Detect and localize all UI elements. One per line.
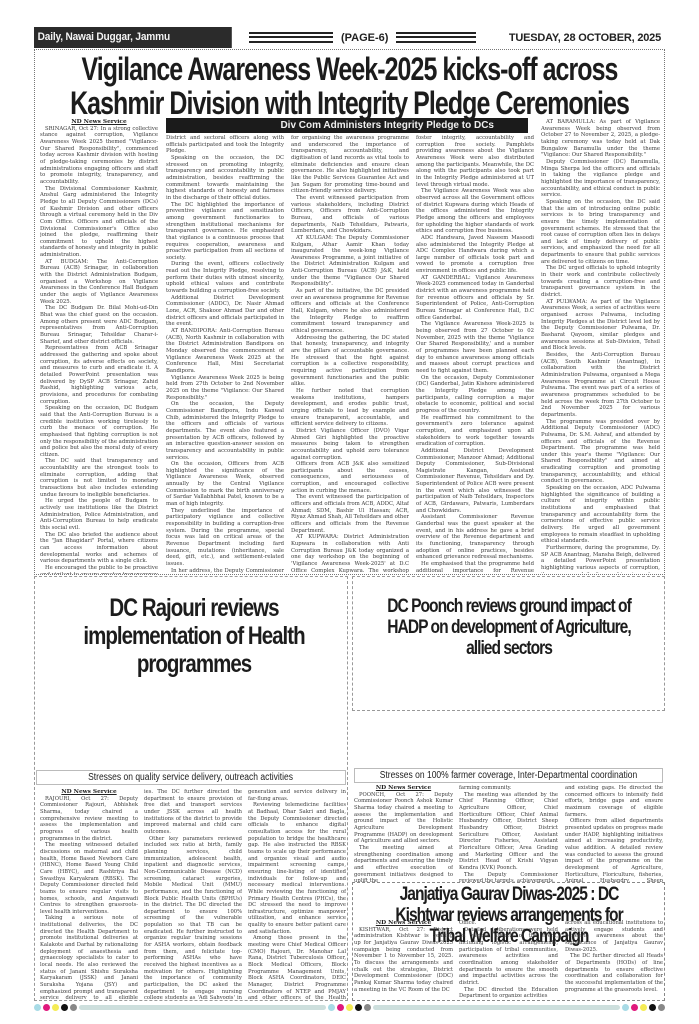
paragraph: The meeting was attended by the Chief Pl… bbox=[459, 792, 558, 872]
paragraph: for organising the awareness programme a… bbox=[291, 135, 409, 195]
paragraph: The Divisional Commissioner Kashmir, Ans… bbox=[40, 186, 158, 259]
registration-bar bbox=[373, 1005, 620, 1010]
paragraph: farming community. bbox=[459, 785, 558, 792]
poonch-column-2: farming community. The meeting was atten… bbox=[459, 785, 558, 882]
yellow-registration-dot bbox=[346, 1004, 353, 1011]
magenta-registration-dot bbox=[337, 1004, 344, 1011]
magenta-registration-dot bbox=[43, 1004, 50, 1011]
paragraph: KISHTWAR, Oct 27: District administratio… bbox=[354, 927, 453, 994]
rajouri-column-3: generation and service delivery in far-f… bbox=[248, 789, 346, 999]
paragraph: ies. The DC further directed the departm… bbox=[144, 789, 242, 836]
paragraph: Addressing the gathering, the DC stated … bbox=[291, 335, 409, 388]
paragraph: AT BUDGAM: The Anti-Corruption Bureau (A… bbox=[40, 259, 158, 306]
paragraph: Vigilance Awareness Week 2025 is being h… bbox=[166, 375, 284, 402]
paragraph: Speaking on the occasion, DC Budgam said… bbox=[40, 405, 158, 458]
gray-registration-dot bbox=[364, 1004, 371, 1011]
paragraph: They underlined the importance of partic… bbox=[166, 508, 284, 568]
paragraph: The programme was presided over by Addit… bbox=[541, 419, 660, 486]
paragraph: Office. bbox=[459, 920, 558, 927]
poonch-headline: DC Poonch reviews ground impact of HADP … bbox=[387, 596, 631, 659]
paragraph: The DC highlighted the importance of pre… bbox=[166, 202, 284, 262]
paragraph: During the event, officers collectively … bbox=[166, 261, 284, 294]
paragraph: Representatives from ACB Srinagar addres… bbox=[40, 345, 158, 405]
paragraph: Additional District Development Commissi… bbox=[416, 448, 534, 515]
print-registration-strip bbox=[34, 1002, 665, 1012]
byline: ND News Service bbox=[354, 785, 453, 792]
masthead-rule bbox=[249, 32, 333, 43]
rajouri-column-2: ies. The DC further directed the departm… bbox=[144, 789, 242, 999]
paragraph: Speaking on the occasion, the DC said th… bbox=[541, 199, 660, 266]
paragraph: Officers from ACB J&K also sensitized pa… bbox=[291, 461, 409, 494]
cyan-registration-dot bbox=[622, 1004, 629, 1011]
black-registration-dot bbox=[355, 1004, 362, 1011]
paragraph: AT BANDIPORA: Anti-Corruption Bureau (AC… bbox=[166, 328, 284, 375]
paragraph: Speaking on the occasion, ADC Pulwama hi… bbox=[541, 485, 660, 545]
paragraph: Speaking on the occasion, the DC stresse… bbox=[166, 155, 284, 202]
lead-column-2: District and sectoral officers along wit… bbox=[166, 135, 284, 573]
page-number: (PAGE-6) bbox=[333, 32, 396, 44]
kishtwar-column-1: ND News Service KISHTWAR, Oct 27: Distri… bbox=[354, 920, 453, 1000]
paragraph: On the occasion, Officers from ACB highl… bbox=[166, 461, 284, 508]
paragraph: RAJOURI, Oct 27: Deputy Commissioner Raj… bbox=[40, 796, 138, 843]
byline: ND News Service bbox=[40, 789, 138, 796]
paragraph: AT BARAMULLA: As part of Vigilance Aware… bbox=[541, 119, 660, 159]
paragraph: Other key parameters reviewed included s… bbox=[144, 836, 242, 999]
paragraph: POONCH, Oct 27: Deputy Commissioner Poon… bbox=[354, 792, 453, 845]
lead-headline: Vigilance Awareness Week-2025 kicks-off … bbox=[46, 52, 654, 120]
issue-date: TUESDAY, 28 OCTOBER, 2025 bbox=[509, 32, 665, 44]
gray-registration-dot bbox=[70, 1004, 77, 1011]
paragraph: The meeting aimed at strengthening coord… bbox=[354, 845, 453, 882]
paragraph: As part of the initiative, the DC presid… bbox=[291, 288, 409, 335]
paragraph: The Vigilance Awareness Week was also ob… bbox=[416, 188, 534, 235]
kishtwar-column-3: across all educational institutions to a… bbox=[565, 920, 663, 1000]
kishtwar-column-2: Office. Detailed deliberations were held… bbox=[459, 920, 558, 1000]
paragraph: He urged the people of Budgam to activel… bbox=[40, 498, 158, 531]
paragraph: generation and service delivery in far-f… bbox=[248, 789, 346, 802]
paragraph: Reviewing telemedicine facilities at Bad… bbox=[248, 802, 346, 935]
paragraph: Among those present in the meeting were … bbox=[248, 935, 346, 999]
paragraph: The DC also briefed the audience about t… bbox=[40, 532, 158, 565]
cyan-registration-dot bbox=[328, 1004, 335, 1011]
paragraph: Besides, the Anti-Corruption Bureau (ACB… bbox=[541, 352, 660, 419]
paragraph: The event witnessed the participation of… bbox=[291, 494, 409, 534]
paragraph: across all educational institutions to a… bbox=[565, 920, 663, 953]
poonch-subhead-box: Stresses on 100% farmer coverage, Inter-… bbox=[354, 768, 663, 783]
rajouri-column-1: ND News Service RAJOURI, Oct 27: Deputy … bbox=[40, 789, 138, 999]
paragraph: The DC Budgam Dr. Bilal Mohi-ud-Din Bhat… bbox=[40, 305, 158, 345]
lead-subhead: Div Com Administers Integrity Pledge to … bbox=[166, 118, 528, 133]
magenta-registration-dot bbox=[631, 1004, 638, 1011]
byline: ND News Service bbox=[40, 119, 158, 126]
poonch-column-3: and existing gaps. He directed the conce… bbox=[565, 785, 663, 882]
paragraph: The DC urged officials to uphold integri… bbox=[541, 265, 660, 298]
paragraph: foster integrity, accountability and cor… bbox=[416, 135, 534, 188]
paragraph: On the occasion, the Deputy Commissioner… bbox=[166, 401, 284, 461]
paragraph: He further noted that corruption weakens… bbox=[291, 388, 409, 428]
paragraph: District Vigilance Officer (DVO) Viqar A… bbox=[291, 428, 409, 461]
paragraph: AT PULWAMA: As part of the Vigilance Awa… bbox=[541, 299, 660, 352]
lead-column-4: foster integrity, accountability and cor… bbox=[416, 135, 534, 573]
rajouri-headline: DC Rajouri reviews implementation of Hea… bbox=[71, 594, 317, 678]
yellow-registration-dot bbox=[52, 1004, 59, 1011]
lead-column-5: AT BARAMULLA: As part of Vigilance Aware… bbox=[541, 119, 660, 573]
registration-bar bbox=[79, 1005, 326, 1010]
cyan-registration-dot bbox=[34, 1004, 41, 1011]
paragraph: AT KUPWARA: District Administration Kupw… bbox=[291, 534, 409, 573]
lead-column-3: for organising the awareness programme a… bbox=[291, 135, 409, 573]
paragraph: The Vigilance Awareness Week-2025 is bei… bbox=[416, 321, 534, 374]
poonch-subhead: Stresses on 100% farmer coverage, Inter-… bbox=[380, 769, 637, 783]
masthead-rule bbox=[396, 32, 476, 43]
paragraph: SRINAGAR, Oct 27: In a strong collective… bbox=[40, 126, 158, 186]
paragraph: The DC said that transparency and accoun… bbox=[40, 458, 158, 498]
paragraph: AT GANDERBAL: Vigilance Awareness Week-2… bbox=[416, 275, 534, 322]
paragraph: Taking a serious note of institutional d… bbox=[40, 915, 138, 999]
gray-registration-dot bbox=[658, 1004, 665, 1011]
paragraph: Additional District Development Commissi… bbox=[166, 295, 284, 328]
paragraph: and existing gaps. He directed the conce… bbox=[565, 785, 663, 818]
paragraph: ADC Handwara, Javed Naseem Masoodi also … bbox=[416, 235, 534, 275]
paragraph: He reaffirmed his commitment to the gove… bbox=[416, 415, 534, 448]
paragraph: District and sectoral officers along wit… bbox=[166, 135, 284, 155]
masthead: Daily, Nawai Duggar, Jammu (PAGE-6) TUES… bbox=[34, 27, 665, 48]
paragraph: He encouraged the public to be proactive… bbox=[40, 565, 158, 574]
black-registration-dot bbox=[61, 1004, 68, 1011]
lead-column-1: ND News Service SRINAGAR, Oct 27: In a s… bbox=[40, 119, 158, 574]
paragraph: The Deputy Commissioner reviewed the tar… bbox=[459, 872, 558, 882]
byline: ND News Service bbox=[354, 920, 453, 927]
paragraph: The DC directed the Education Department… bbox=[459, 987, 558, 1000]
newspaper-name: Daily, Nawai Duggar, Jammu bbox=[34, 27, 232, 48]
paragraph: He emphasised that the programme held ad… bbox=[416, 561, 534, 573]
paragraph: Furthermore, during the programme, Dy. S… bbox=[541, 545, 660, 573]
paragraph: The meeting witnessed detailed discussio… bbox=[40, 842, 138, 915]
paragraph: On the occasion, Deputy Commissioner (DC… bbox=[416, 375, 534, 415]
black-registration-dot bbox=[649, 1004, 656, 1011]
poonch-column-1: ND News Service POONCH, Oct 27: Deputy C… bbox=[354, 785, 453, 882]
yellow-registration-dot bbox=[640, 1004, 647, 1011]
rajouri-subhead-box: Stresses on quality service delivery, ou… bbox=[36, 770, 346, 785]
paragraph: AT KULGAM: The Deputy Commissioner Kulga… bbox=[291, 235, 409, 288]
paragraph: Detailed deliberations were held on vari… bbox=[459, 927, 558, 987]
paragraph: Assistant Commissioner Revenue Ganderbal… bbox=[416, 514, 534, 561]
paragraph: The event witnessed participation from v… bbox=[291, 195, 409, 235]
paragraph: Deputy Commissioner (DC) Baramulla, Ming… bbox=[541, 159, 660, 199]
rajouri-subhead: Stresses on quality service delivery, ou… bbox=[89, 771, 294, 785]
paragraph: Officers from allied departments present… bbox=[565, 818, 663, 882]
paragraph: In her address, the Deputy Commissioner … bbox=[166, 568, 284, 573]
paragraph: The DC further directed all Heads of Dep… bbox=[565, 953, 663, 993]
